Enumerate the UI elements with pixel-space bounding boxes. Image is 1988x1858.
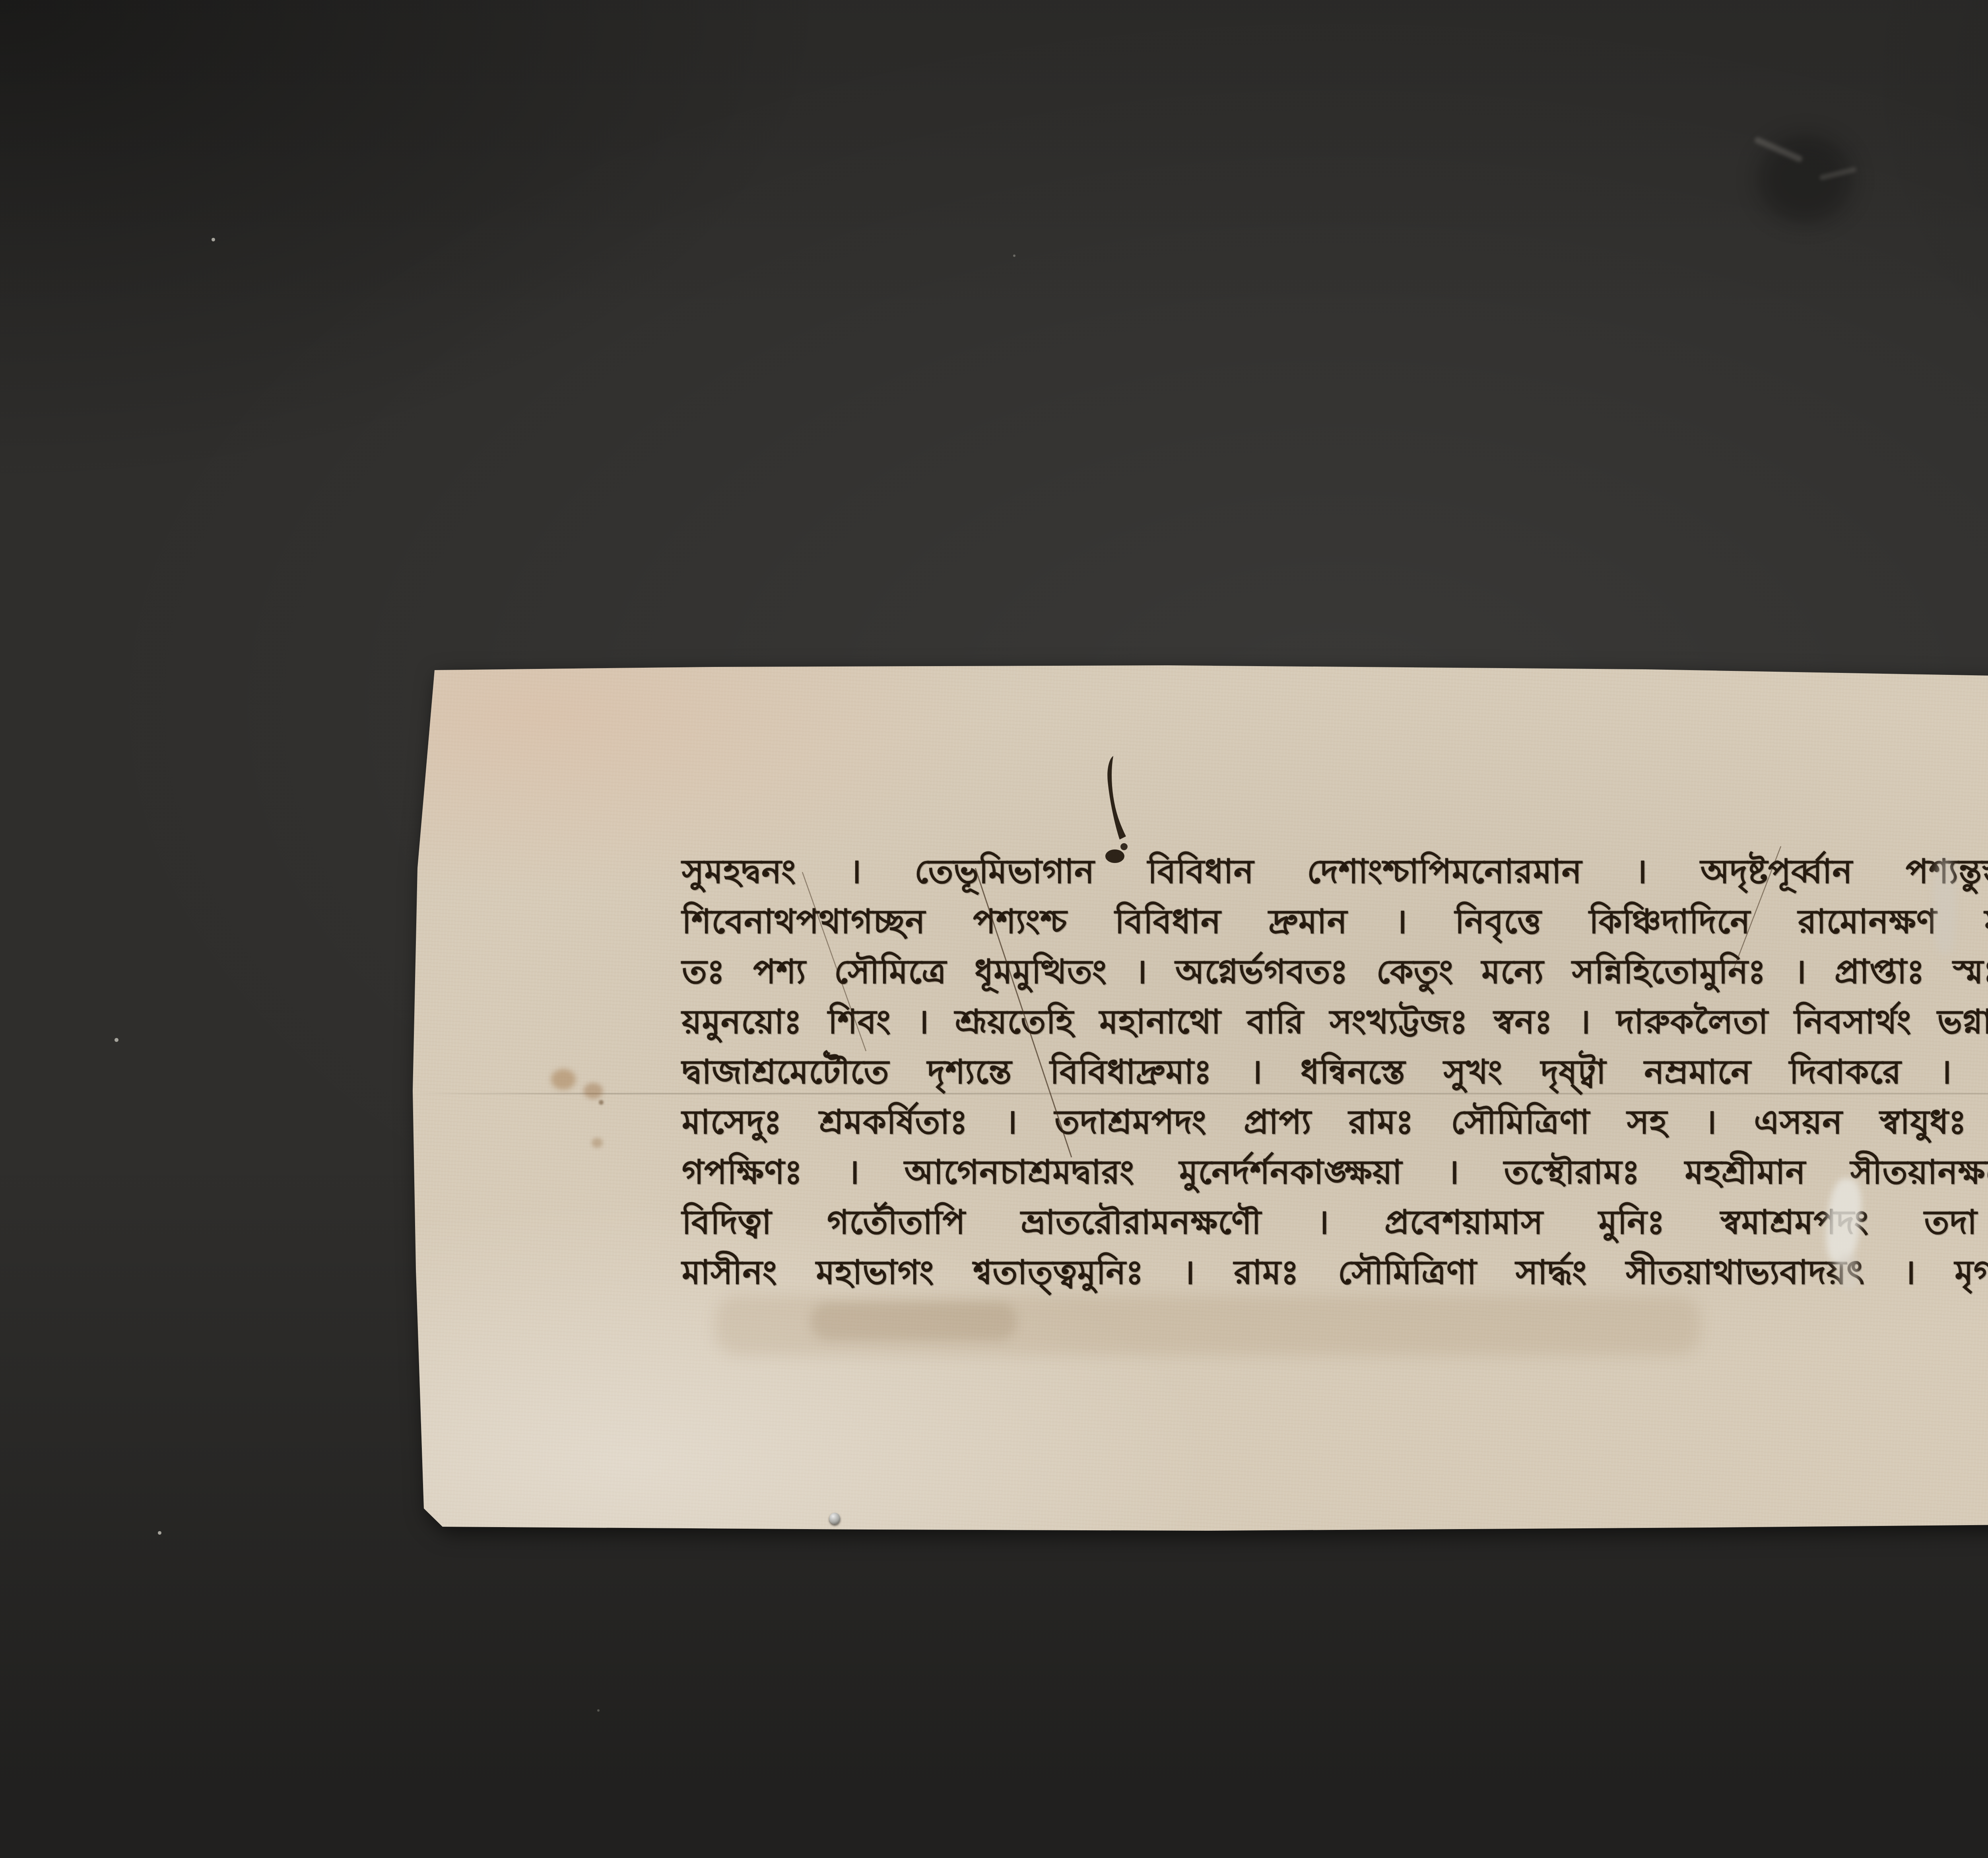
manuscript-line: শিবেনাথপথাগচ্ছন পশ্যংশ্চ বিবিধান দ্রুমান… <box>682 896 1988 946</box>
ink-bleed-haze <box>810 1302 1017 1340</box>
pin-speck <box>829 1513 840 1524</box>
manuscript-line: দ্বাজাশ্রমেটৌতে দৃশ্যন্তে বিবিধাদ্রুমাঃ … <box>682 1047 1988 1097</box>
dust-speck <box>1013 255 1015 257</box>
foxing-stain <box>584 1083 603 1099</box>
manuscript-text-block: সুমহদ্বনং । তেভূমিভাগান বিবিধান দেশাংশ্চ… <box>682 846 1988 1302</box>
manuscript-line: মাসেদুঃ শ্রমকর্ষিতাঃ । তদাশ্রমপদং প্রাপ্… <box>682 1097 1988 1147</box>
manuscript-leaf: সুমহদ্বনং । তেভূমিভাগান বিবিধান দেশাংশ্চ… <box>413 661 1988 1532</box>
manuscript-line: সুমহদ্বনং । তেভূমিভাগান বিবিধান দেশাংশ্চ… <box>682 846 1988 896</box>
correction-smudge <box>1933 857 1956 954</box>
dust-speck <box>115 1038 118 1042</box>
dust-speck <box>597 1709 600 1712</box>
dust-speck <box>212 238 215 241</box>
manuscript-line: গপক্ষিণঃ । আগেনচাশ্রমদ্বারং মুনের্দর্শনক… <box>682 1147 1988 1197</box>
manuscript-line: তঃ পশ্য সৌমিত্রে ধূমমুত্থিতং । অগ্নের্ভগ… <box>682 946 1988 997</box>
manuscript-leaf-wrap: সুমহদ্বনং । তেভূমিভাগান বিবিধান দেশাংশ্চ… <box>413 661 1988 1532</box>
foxing-stain <box>599 1100 604 1105</box>
foxing-stain <box>592 1138 603 1148</box>
manuscript-line: য়মুনয়োঃ শিবং । শ্রূয়তেহি মহানাথো বারি… <box>682 997 1988 1047</box>
foxing-stain <box>551 1069 576 1090</box>
correction-smudge <box>1837 1254 1859 1290</box>
photo-stage: সুমহদ্বনং । তেভূমিভাগান বিবিধান দেশাংশ্চ… <box>0 0 1988 1858</box>
manuscript-line: মাসীনং মহাভাগং শ্বতাত্ত্বমুনিঃ । রামঃ সৌ… <box>682 1247 1988 1297</box>
manuscript-line: বিদিত্বা গর্তৌতাপি ভ্রাতরৌরামনক্ষণৌ । প্… <box>682 1197 1988 1247</box>
dust-speck <box>158 1531 161 1535</box>
